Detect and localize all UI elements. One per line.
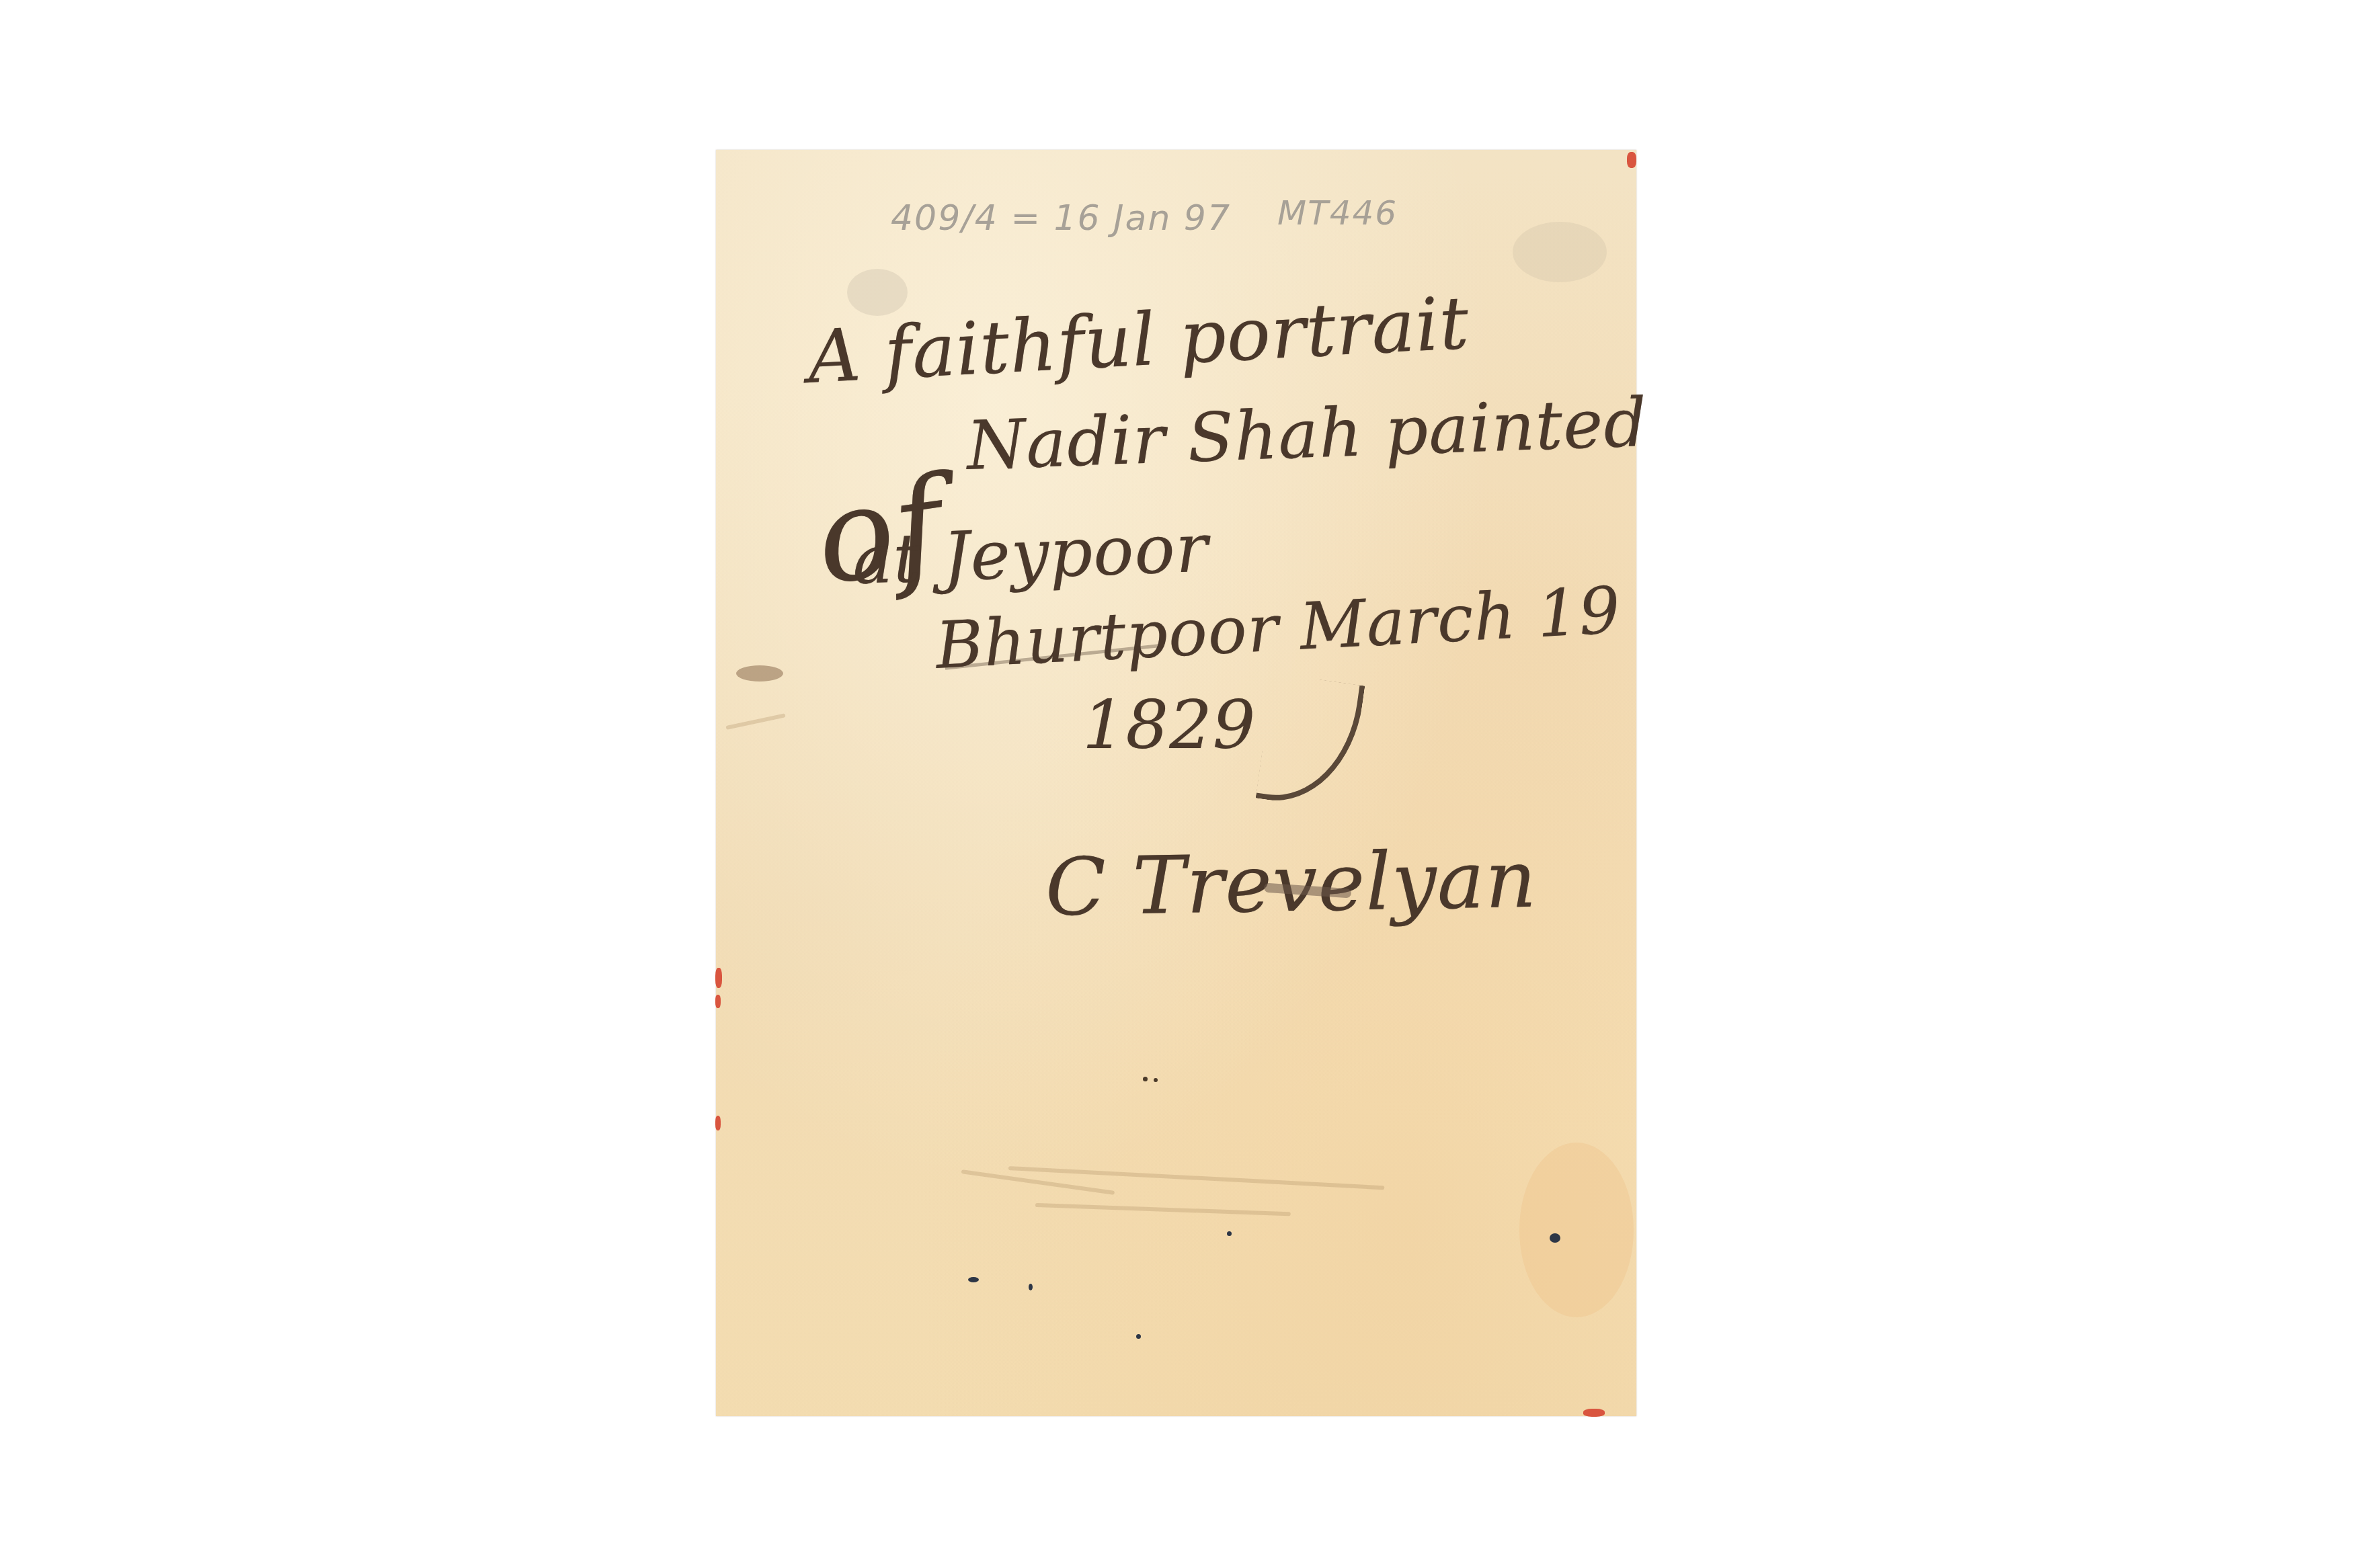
red-edge-mark bbox=[715, 1116, 721, 1130]
speck bbox=[1143, 1077, 1148, 1081]
pencil-reference-number: MT446 bbox=[1277, 194, 1398, 233]
ink-speck bbox=[1227, 1231, 1232, 1236]
inscription-year: 1829 bbox=[1082, 686, 1257, 764]
red-edge-mark bbox=[715, 968, 722, 988]
red-bottom-mark bbox=[1583, 1409, 1605, 1417]
pencil-accession-note: 409/4 = 16 Jan 97 bbox=[891, 198, 1231, 239]
ink-speck bbox=[968, 1277, 979, 1282]
inscription-line-3: at Jeypoor bbox=[851, 509, 1209, 600]
ink-speck bbox=[1136, 1334, 1141, 1339]
signature: C Trevelyan bbox=[1045, 833, 1538, 934]
speck bbox=[1154, 1078, 1158, 1082]
red-corner-mark bbox=[1627, 152, 1636, 168]
red-edge-mark bbox=[715, 995, 721, 1008]
ink-speck bbox=[1029, 1284, 1033, 1290]
ink-speck bbox=[1550, 1233, 1560, 1243]
